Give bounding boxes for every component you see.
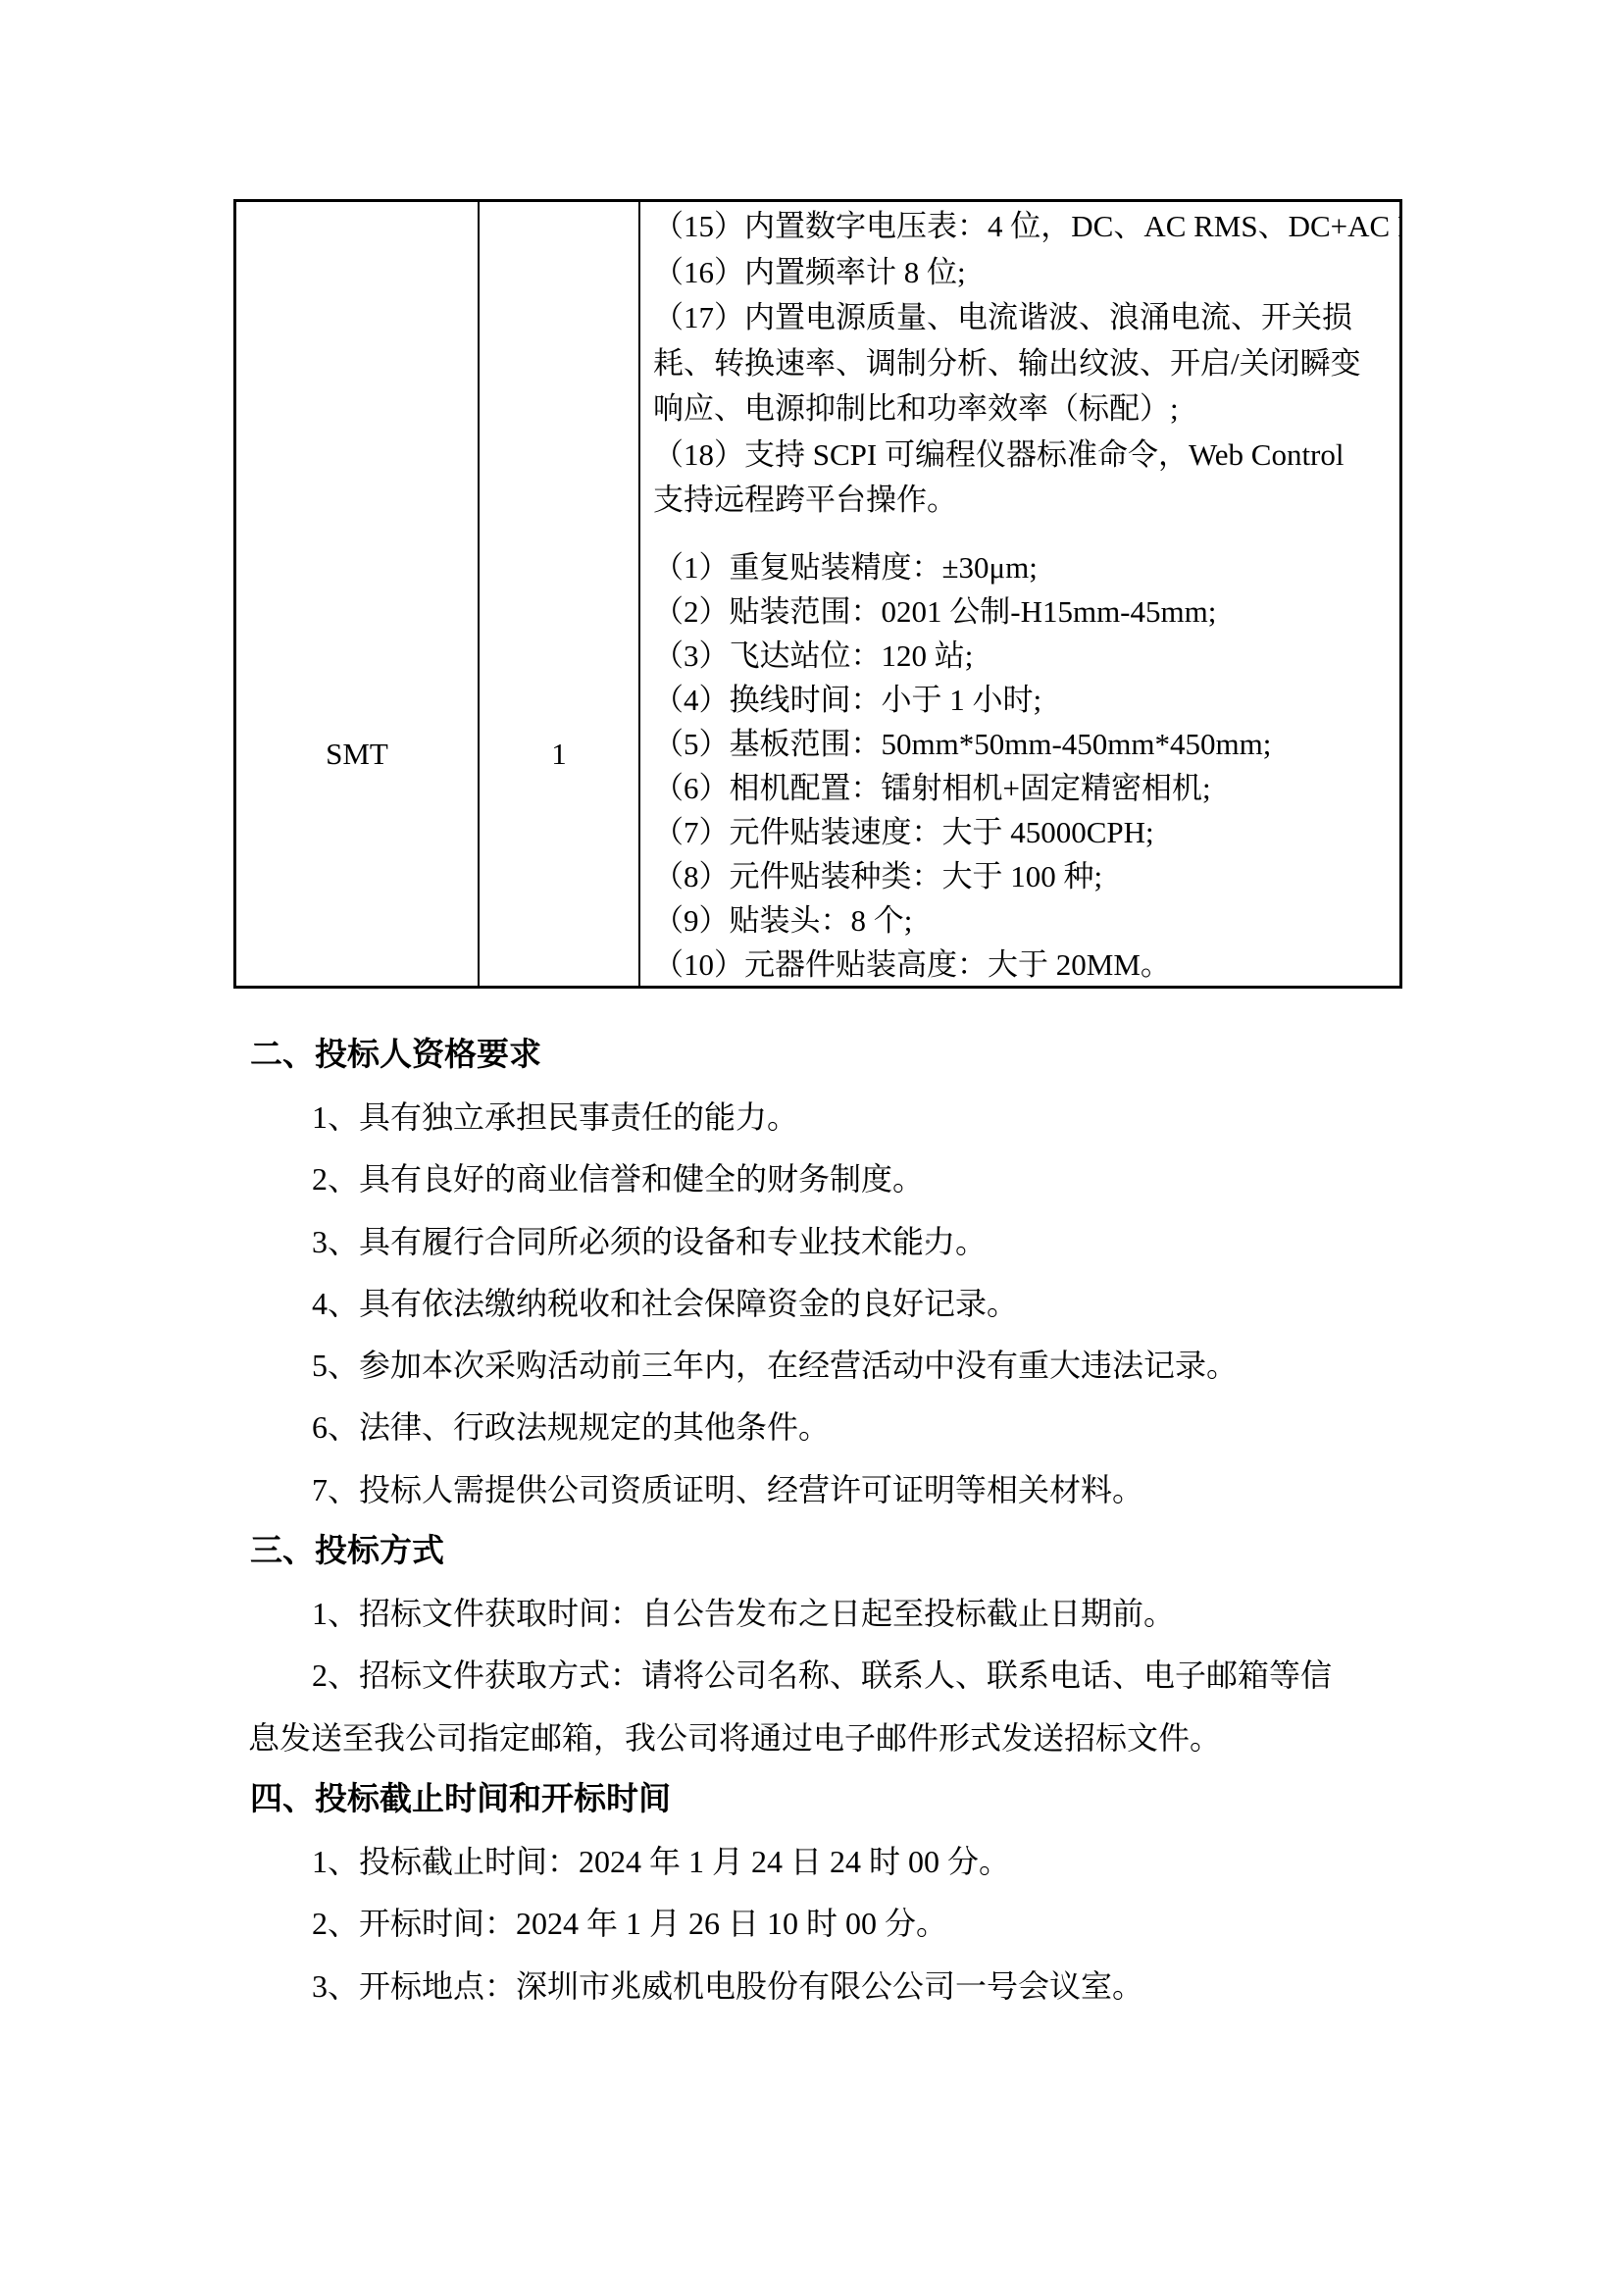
spec-line: （18）支持 SCPI 可编程仪器标准命令，Web Control — [653, 433, 1390, 479]
body-line: 6、法律、行政法规规定的其他条件。 — [312, 1409, 830, 1445]
scan-artifact-dot — [926, 1240, 930, 1244]
spec-line: （15）内置数字电压表：4 位，DC、AC RMS、DC+AC RMS; — [653, 204, 1390, 250]
body-line: 1、具有独立承担民事责任的能力。 — [312, 1099, 798, 1135]
qty-cell: 1 — [480, 523, 640, 986]
spec-line: （3）飞达站位：120 站; — [653, 634, 1390, 678]
qty-cell — [480, 202, 640, 523]
body-line: 2、具有良好的商业信誉和健全的财务制度。 — [312, 1161, 924, 1197]
spec-line: （1）重复贴装精度：±30μm; — [653, 545, 1390, 589]
body-line: 5、参加本次采购活动前三年内，在经营活动中没有重大违法记录。 — [312, 1348, 1238, 1383]
spec-line: 支持远程跨平台操作。 — [653, 478, 1390, 523]
spec-line: （10）元器件贴装高度：大于 20MM。 — [653, 943, 1390, 986]
spec-line: （7）元件贴装速度：大于 45000CPH; — [653, 810, 1390, 854]
body-line: 息发送至我公司指定邮箱，我公司将通过电子邮件形式发送招标文件。 — [248, 1720, 1221, 1756]
spec-line: 耗、转换速率、调制分析、输出纹波、开启/关闭瞬变 — [653, 341, 1390, 387]
spec-line: 响应、电源抑制比和功率效率（标配）; — [653, 386, 1390, 433]
spec-line: （16）内置频率计 8 位; — [653, 250, 1390, 296]
body-line: 3、具有履行合同所必须的设备和专业技术能力。 — [312, 1224, 987, 1259]
spec-line: （5）基板范围：50mm*50mm-450mm*450mm; — [653, 722, 1390, 766]
spec-line: （2）贴装范围：0201 公制-H15mm-45mm; — [653, 589, 1390, 634]
spec-line: （8）元件贴装种类：大于 100 种; — [653, 854, 1390, 898]
section-heading-bidder-qualification: 二、投标人资格要求 — [250, 1038, 541, 1073]
body-line: 1、投标截止时间：2024 年 1 月 24 日 24 时 00 分。 — [312, 1844, 1010, 1879]
spec-table: （15）内置数字电压表：4 位，DC、AC RMS、DC+AC RMS; （16… — [233, 199, 1402, 989]
device-cell — [236, 202, 480, 523]
document-page: （15）内置数字电压表：4 位，DC、AC RMS、DC+AC RMS; （16… — [0, 0, 1624, 2294]
body-line: 3、开标地点：深圳市兆威机电股份有限公公司一号会议室。 — [312, 1968, 1143, 2004]
spec-line: （17）内置电源质量、电流谐波、浪涌电流、开关损 — [653, 295, 1390, 341]
body-line: 2、招标文件获取方式：请将公司名称、联系人、联系电话、电子邮箱等信 — [312, 1657, 1332, 1693]
body-line: 7、投标人需提供公司资质证明、经营许可证明等相关材料。 — [312, 1472, 1143, 1507]
device-cell: SMT — [236, 523, 480, 986]
body-line: 4、具有依法缴纳税收和社会保障资金的良好记录。 — [312, 1286, 1018, 1321]
body-line: 2、开标时间：2024 年 1 月 26 日 10 时 00 分。 — [312, 1906, 947, 1941]
spec-line: （9）贴装头：8 个; — [653, 898, 1390, 943]
spec-cell: （1）重复贴装精度：±30μm; （2）贴装范围：0201 公制-H15mm-4… — [640, 523, 1399, 986]
section-heading-bid-method: 三、投标方式 — [250, 1534, 444, 1569]
section-heading-deadline: 四、投标截止时间和开标时间 — [250, 1782, 671, 1817]
spec-line: （4）换线时间：小于 1 小时; — [653, 678, 1390, 722]
body-line: 1、招标文件获取时间：自公告发布之日起至投标截止日期前。 — [312, 1596, 1175, 1631]
spec-line: （6）相机配置：镭射相机+固定精密相机; — [653, 766, 1390, 810]
spec-cell: （15）内置数字电压表：4 位，DC、AC RMS、DC+AC RMS; （16… — [640, 202, 1399, 523]
